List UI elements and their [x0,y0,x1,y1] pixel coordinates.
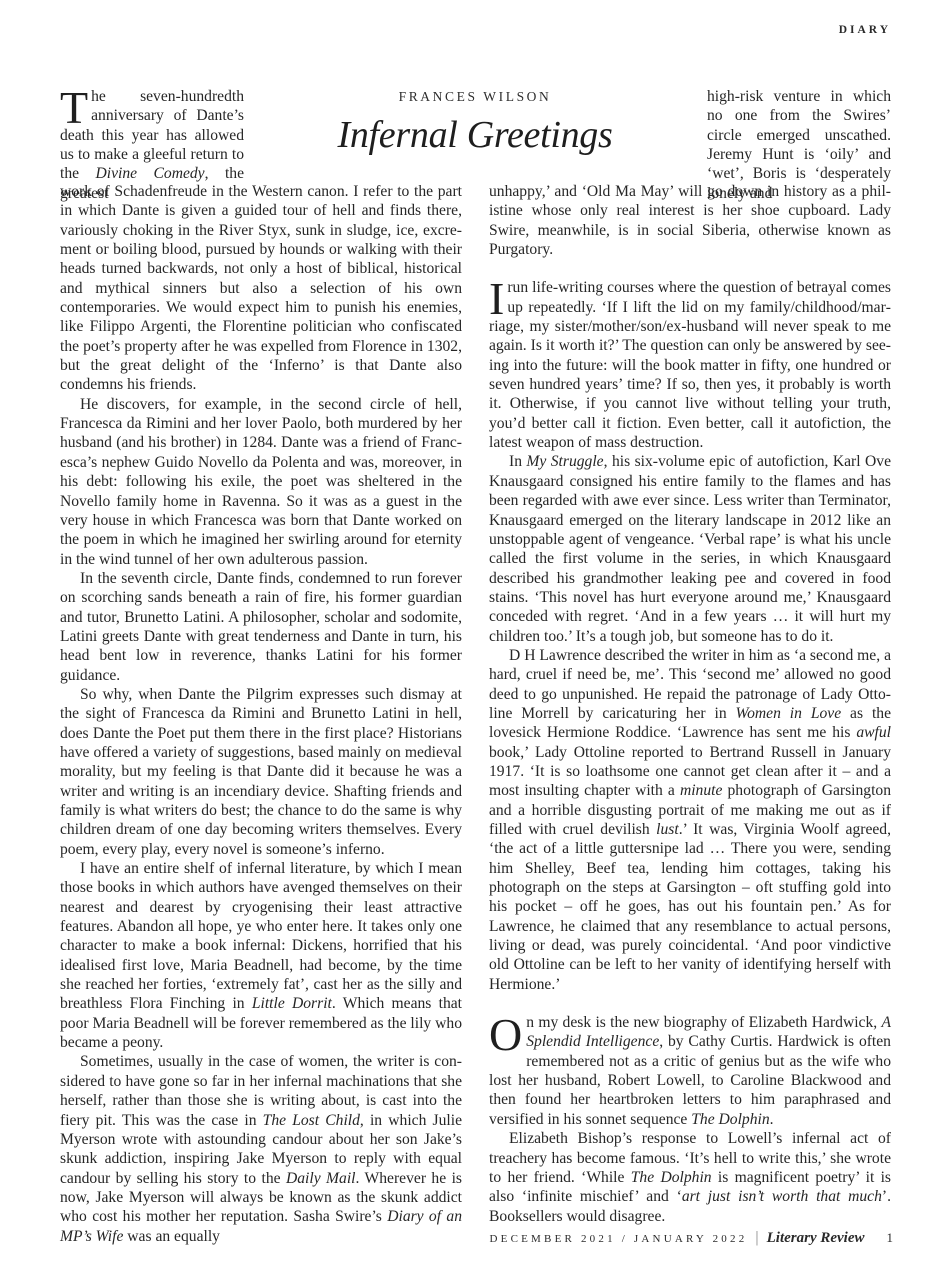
right-column: unhappy,’ and ‘Old Ma May’ will go down … [489,182,891,1226]
paragraph: D H Lawrence described the writer in him… [489,646,891,994]
section-break [489,259,891,278]
dropcap-t: T [60,91,88,125]
paragraph: So why, when Dante the Pilgrim expresses… [60,685,462,859]
paragraph: Sometimes, usually in the case of women,… [60,1052,462,1245]
paragraph: On my desk is the new biography of Eliza… [489,1013,891,1129]
paragraph: work of Schadenfreude in the Western can… [60,182,462,395]
page-number: 1 [887,1230,894,1246]
article-title: Infernal Greetings [255,113,695,157]
paragraph: I run life-writing courses where the que… [489,278,891,452]
dropcap-o: O [489,1018,522,1052]
paragraph: I have an entire shelf of infernal liter… [60,859,462,1052]
magazine-name: Literary Review [767,1230,865,1247]
work-title: The Dolphin [631,1169,712,1186]
paragraph: Elizabeth Bishop’s response to Lowell’s … [489,1129,891,1226]
paragraph: unhappy,’ and ‘Old Ma May’ will go down … [489,182,891,259]
paragraph: In the seventh circle, Dante finds, cond… [60,569,462,685]
section-label: DIARY [839,24,891,36]
section-break [489,994,891,1013]
work-title: The Lost Child [263,1112,360,1129]
footer-separator: | [755,1229,758,1247]
work-title: Little Dorrit [252,995,332,1012]
left-column: work of Schadenfreude in the Western can… [60,182,462,1246]
work-title: The Dolphin [691,1111,769,1128]
work-title: Divine Comedy [96,165,205,182]
paragraph: He discovers, for example, in the second… [60,395,462,569]
work-title: Women in Love [736,705,842,722]
quote: art just isn’t worth that much [682,1188,882,1205]
work-title: Daily Mail [286,1170,356,1187]
issue-date: December 2021 / January 2022 [490,1233,748,1245]
page-footer: December 2021 / January 2022 | Literary … [440,1229,893,1247]
paragraph: In My Struggle, his six-volume epic of a… [489,452,891,645]
work-title: My Struggle [526,453,603,470]
article-author: FRANCES WILSON [255,89,695,105]
dropcap-i: I [489,282,504,316]
